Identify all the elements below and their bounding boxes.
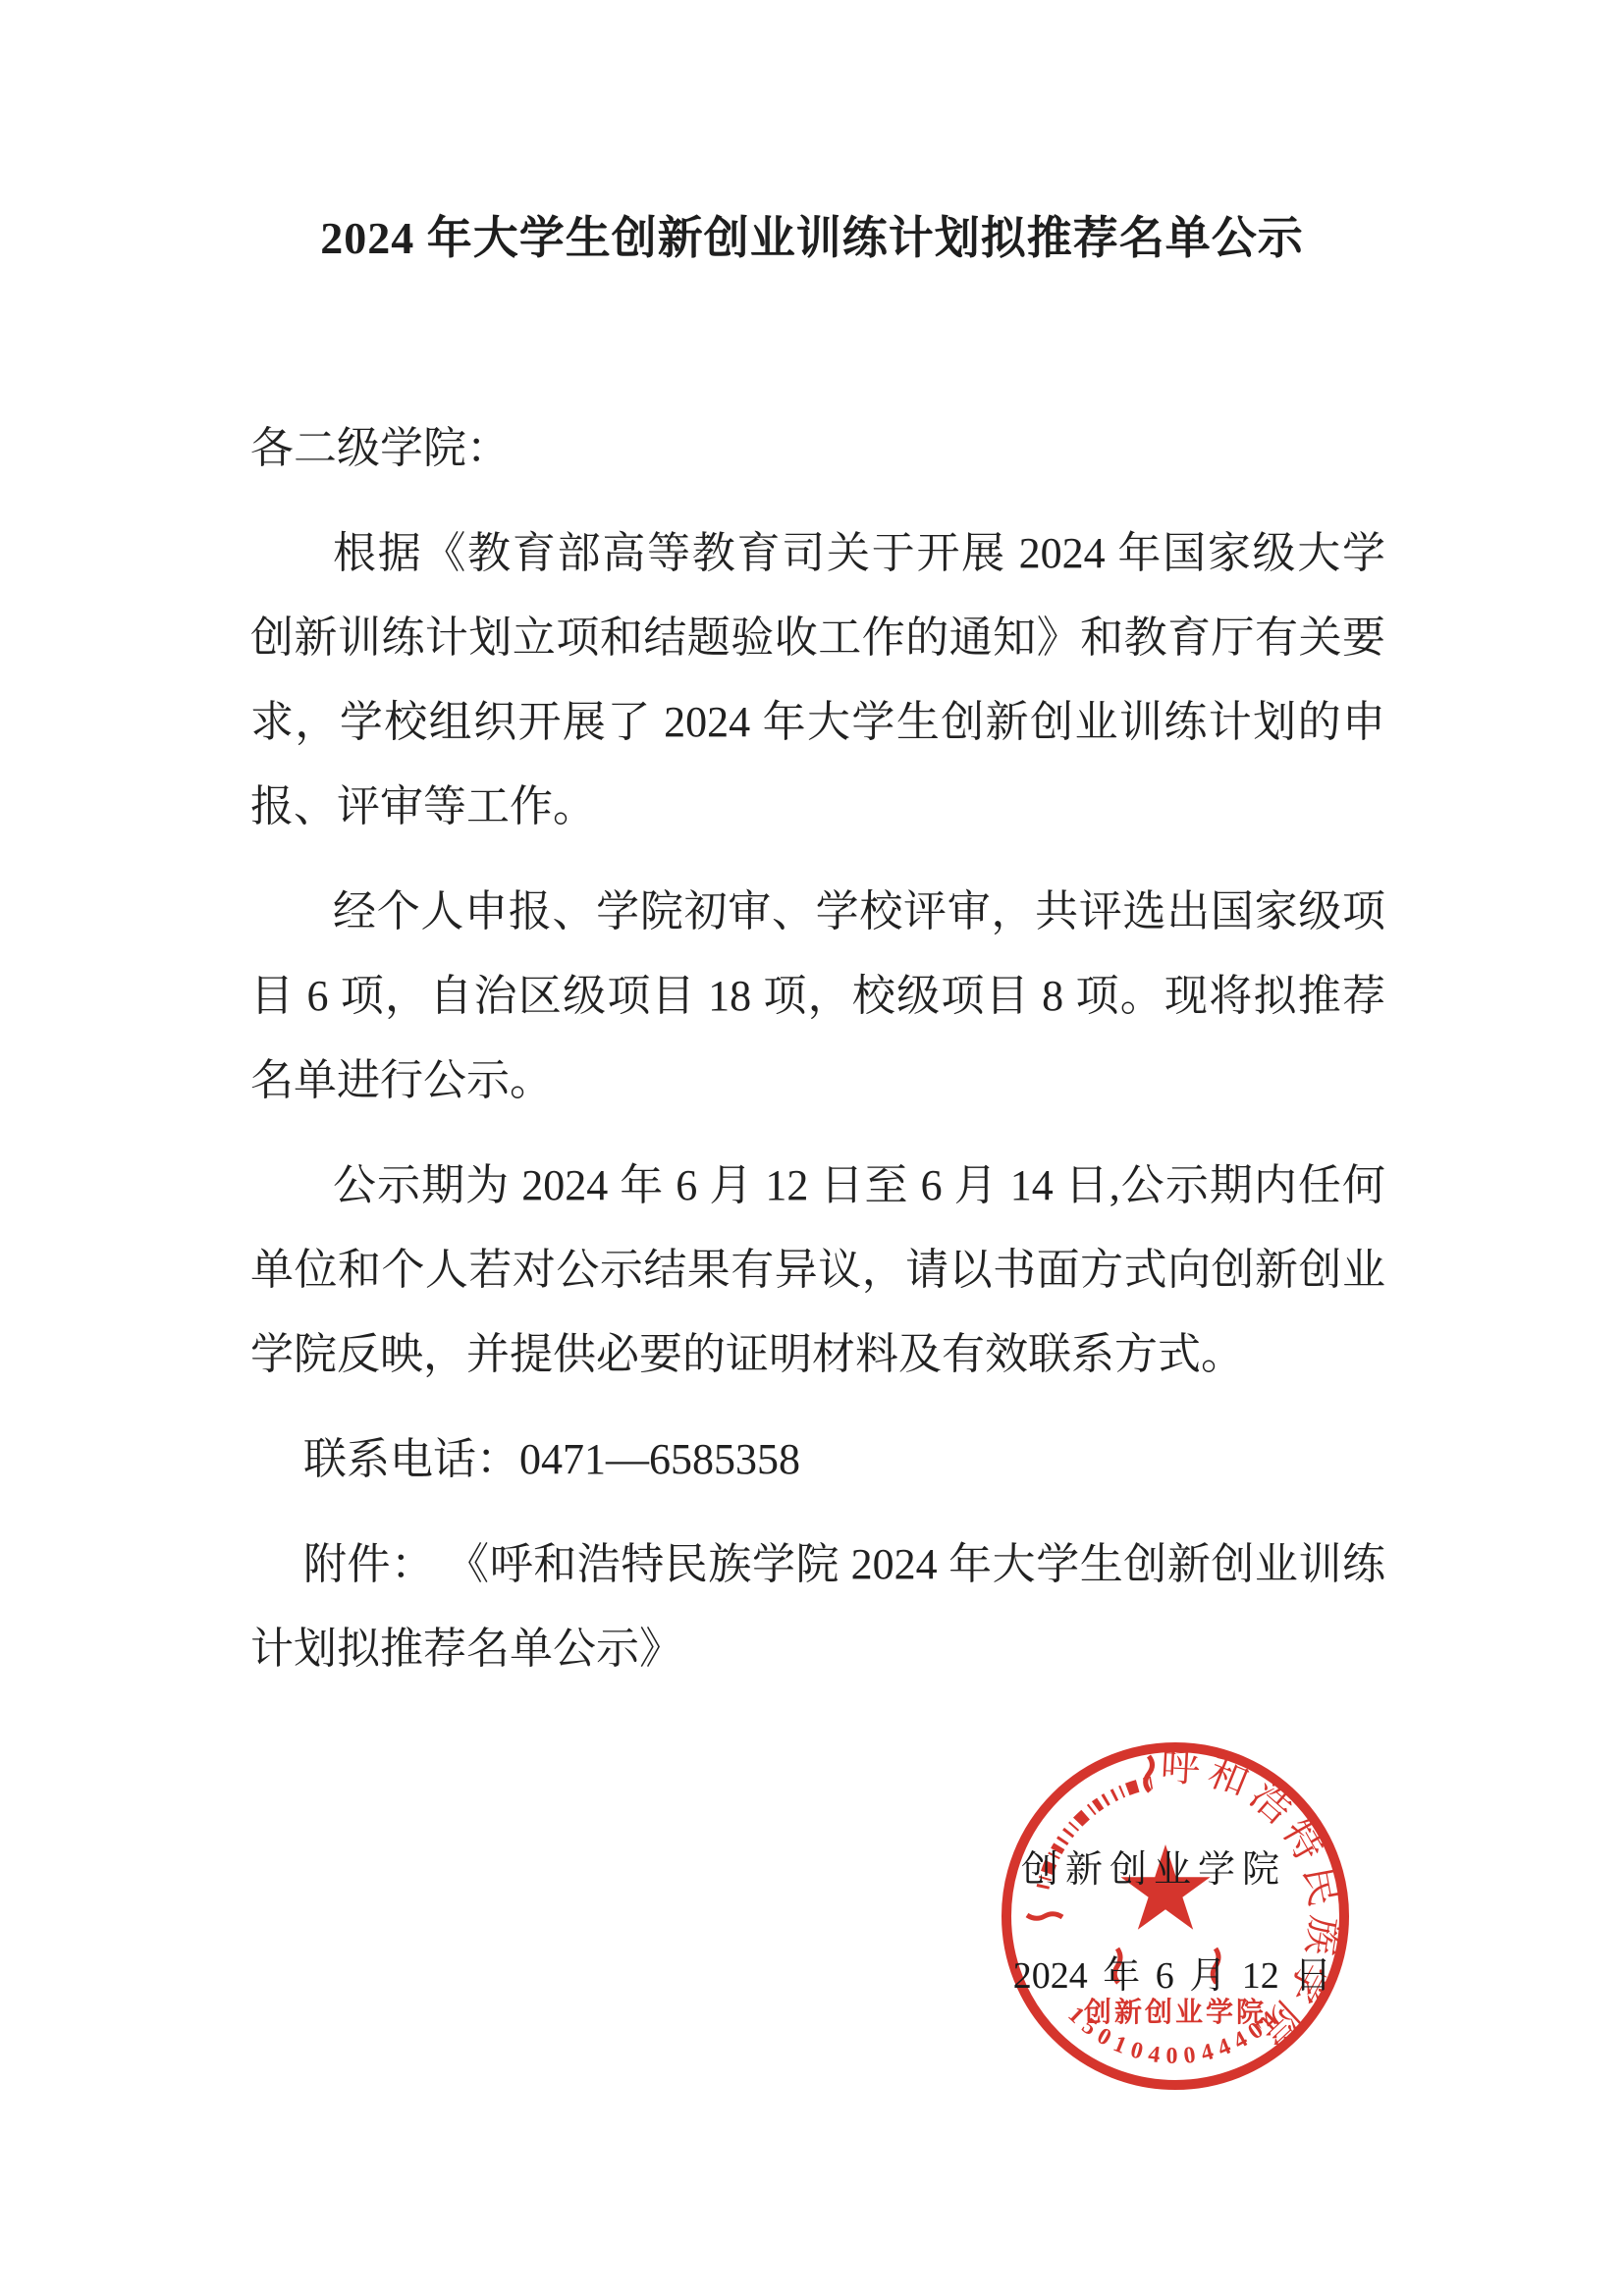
paragraph-2: 经个人申报、学院初审、学校评审，共评选出国家级项 目 6 项，自治区级项目 18…	[250, 870, 1385, 1123]
text-line: 报、评审等工作。	[250, 765, 1385, 849]
paragraph-1: 根据《教育部高等教育司关于开展 2024 年国家级大学生 创新训练计划立项和结题…	[250, 511, 1385, 849]
text-line: 求，学校组织开展了 2024 年大学生创新创业训练计划的申	[250, 680, 1385, 765]
contact-phone: 联系电话：0471—6585358	[250, 1417, 1385, 1502]
document-body: 各二级学院： 根据《教育部高等教育司关于开展 2024 年国家级大学生 创新训练…	[250, 406, 1385, 1691]
official-seal-stamp: 呼和浩特民族学院 创新创业学院 1501040044404	[992, 1731, 1365, 2104]
text-line: 公示期为 2024 年 6 月 12 日至 6 月 14 日,公示期内任何	[250, 1144, 1385, 1228]
attachment-block: 附件： 《呼和浩特民族学院 2024 年大学生创新创业训练 计划拟推荐名单公示》	[250, 1522, 1385, 1691]
document-title: 2024 年大学生创新创业训练计划拟推荐名单公示	[0, 202, 1624, 267]
signature-organization: 创新创业学院	[1021, 1845, 1296, 1895]
text-line: 根据《教育部高等教育司关于开展 2024 年国家级大学生	[250, 511, 1385, 596]
text-line: 计划拟推荐名单公示》	[250, 1607, 1385, 1691]
salutation: 各二级学院：	[250, 406, 1385, 491]
text-line: 附件： 《呼和浩特民族学院 2024 年大学生创新创业训练	[250, 1522, 1385, 1607]
text-line: 经个人申报、学院初审、学校评审，共评选出国家级项	[250, 870, 1385, 954]
paragraph-3: 公示期为 2024 年 6 月 12 日至 6 月 14 日,公示期内任何 单位…	[250, 1144, 1385, 1397]
contact-line: 联系电话：0471—6585358	[250, 1417, 1385, 1502]
text-line: 单位和个人若对公示结果有异议，请以书面方式向创新创业	[250, 1228, 1385, 1312]
text-line: 名单进行公示。	[250, 1039, 1385, 1123]
text-line: 创新训练计划立项和结题验收工作的通知》和教育厅有关要	[250, 596, 1385, 680]
document-page: 2024 年大学生创新创业训练计划拟推荐名单公示 各二级学院： 根据《教育部高等…	[0, 0, 1624, 2296]
signature-date: 2024 年 6 月 12 日	[994, 1951, 1351, 2001]
seal-department-text: 创新创业学院	[1083, 1997, 1267, 2028]
text-line: 学院反映，并提供必要的证明材料及有效联系方式。	[250, 1312, 1385, 1397]
mongolian-script-mark	[1027, 1914, 1062, 1919]
text-line: 目 6 项，自治区级项目 18 项，校级项目 8 项。现将拟推荐	[250, 954, 1385, 1039]
